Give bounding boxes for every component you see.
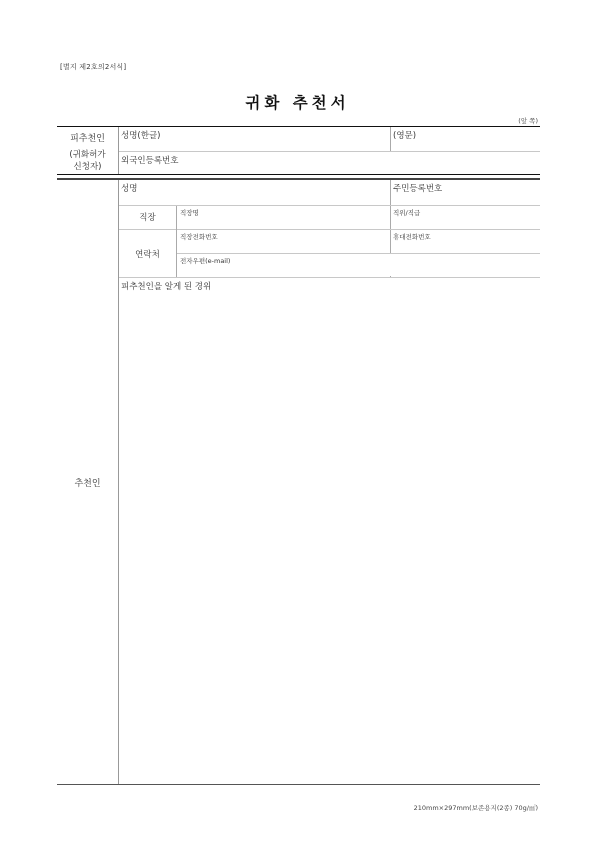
mobile-phone-field[interactable]: 휴대전화번호 <box>393 232 431 241</box>
work-phone-field[interactable]: 직장전화번호 <box>180 232 218 241</box>
recommender-label: 추천인 <box>57 476 118 489</box>
workplace-name-field[interactable]: 직장명 <box>180 208 199 217</box>
recommender-row-divider-1 <box>119 205 540 206</box>
nominee-row-divider <box>119 151 540 152</box>
workplace-label: 직장 <box>119 211 176 223</box>
recommender-row-divider-3 <box>177 253 540 254</box>
nominee-sublabel-1: (귀화허가 <box>57 148 118 160</box>
recommender-sub-label-divider <box>176 206 177 277</box>
form-bottom-border <box>57 784 540 785</box>
nominee-sublabel-2: 신청자) <box>57 160 118 172</box>
recommender-row-divider-2 <box>119 229 540 230</box>
recommender-name-field[interactable]: 성명 <box>121 182 137 194</box>
nominee-name-korean-field[interactable]: 성명(한글) <box>121 129 160 141</box>
section-separator-bottom <box>57 178 540 180</box>
recommender-row-divider-4 <box>119 277 540 278</box>
acquaintance-field[interactable]: 피추천인을 알게 된 경위 <box>121 280 211 292</box>
email-row-mask <box>388 254 393 276</box>
nominee-alien-reg-field[interactable]: 외국인등록번호 <box>121 154 178 166</box>
nominee-label: 피추천인 <box>57 131 118 144</box>
email-field[interactable]: 전자우편(e-mail) <box>180 256 230 265</box>
page-title: 귀화 추천서 <box>0 91 595 113</box>
contact-label: 연락처 <box>119 248 176 260</box>
form-top-border <box>57 126 540 127</box>
recommender-resident-reg-field[interactable]: 주민등록번호 <box>393 182 442 194</box>
nominee-name-english-field[interactable]: (영문) <box>393 129 416 141</box>
page-side-indicator: (앞 쪽) <box>518 116 538 125</box>
section-separator-top <box>57 174 540 175</box>
nominee-name-divider <box>390 127 391 151</box>
position-field[interactable]: 직위/직급 <box>393 208 420 217</box>
recommender-label-divider <box>118 180 119 784</box>
paper-spec: 210mm×297mm(보존용지(2종) 70g/㎡) <box>414 803 538 812</box>
form-reference: [별지 제2호의2서식] <box>60 62 126 72</box>
